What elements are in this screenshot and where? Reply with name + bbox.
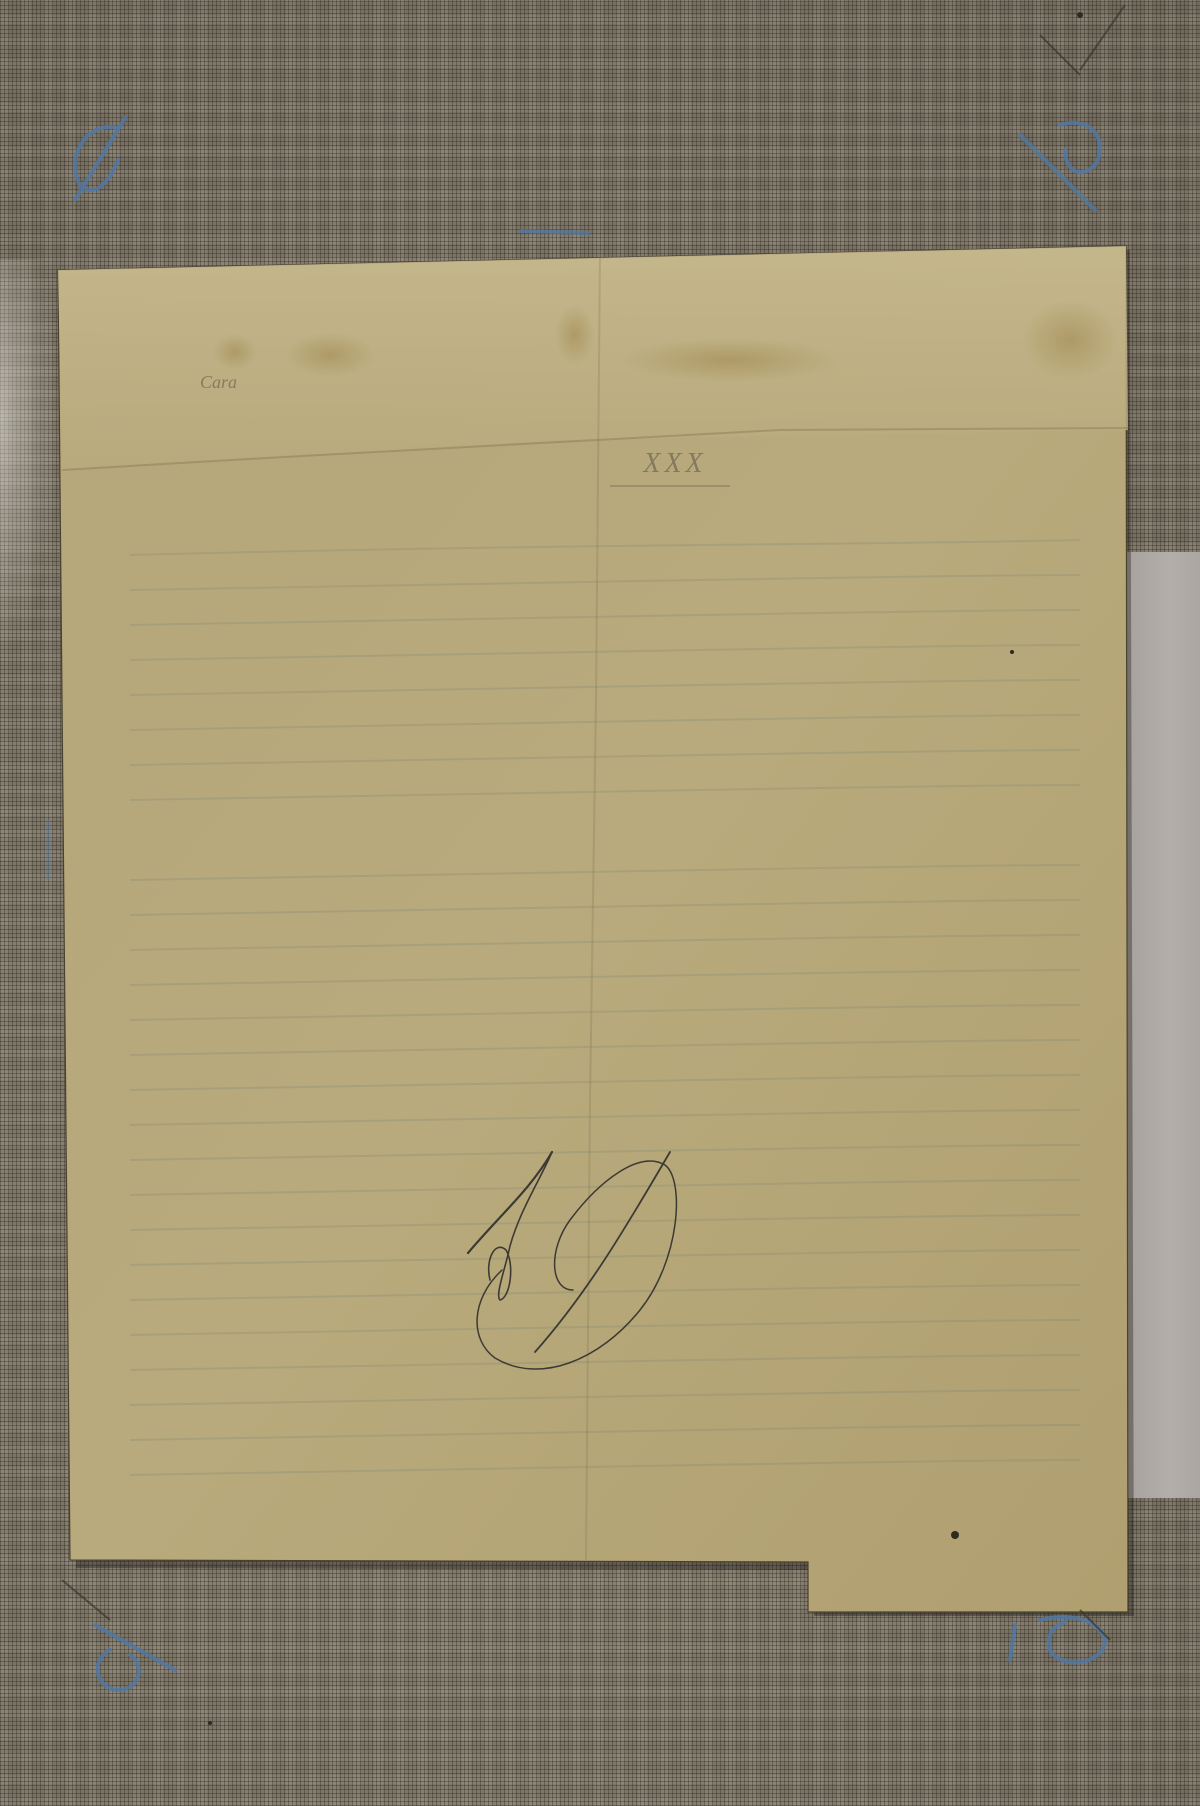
corner-mark-top-right-icon <box>1020 123 1100 210</box>
corner-mark-bottom-left-icon <box>95 1625 175 1690</box>
heading-mark: XXX <box>620 448 730 480</box>
manuscript-page <box>0 0 1200 1806</box>
faint-top-note: Cara <box>200 372 237 393</box>
manuscript-photo: XXX Cara <box>0 0 1200 1806</box>
corner-mark-top-left-icon <box>75 118 125 200</box>
corner-mark-bottom-right-icon <box>1010 1617 1105 1662</box>
